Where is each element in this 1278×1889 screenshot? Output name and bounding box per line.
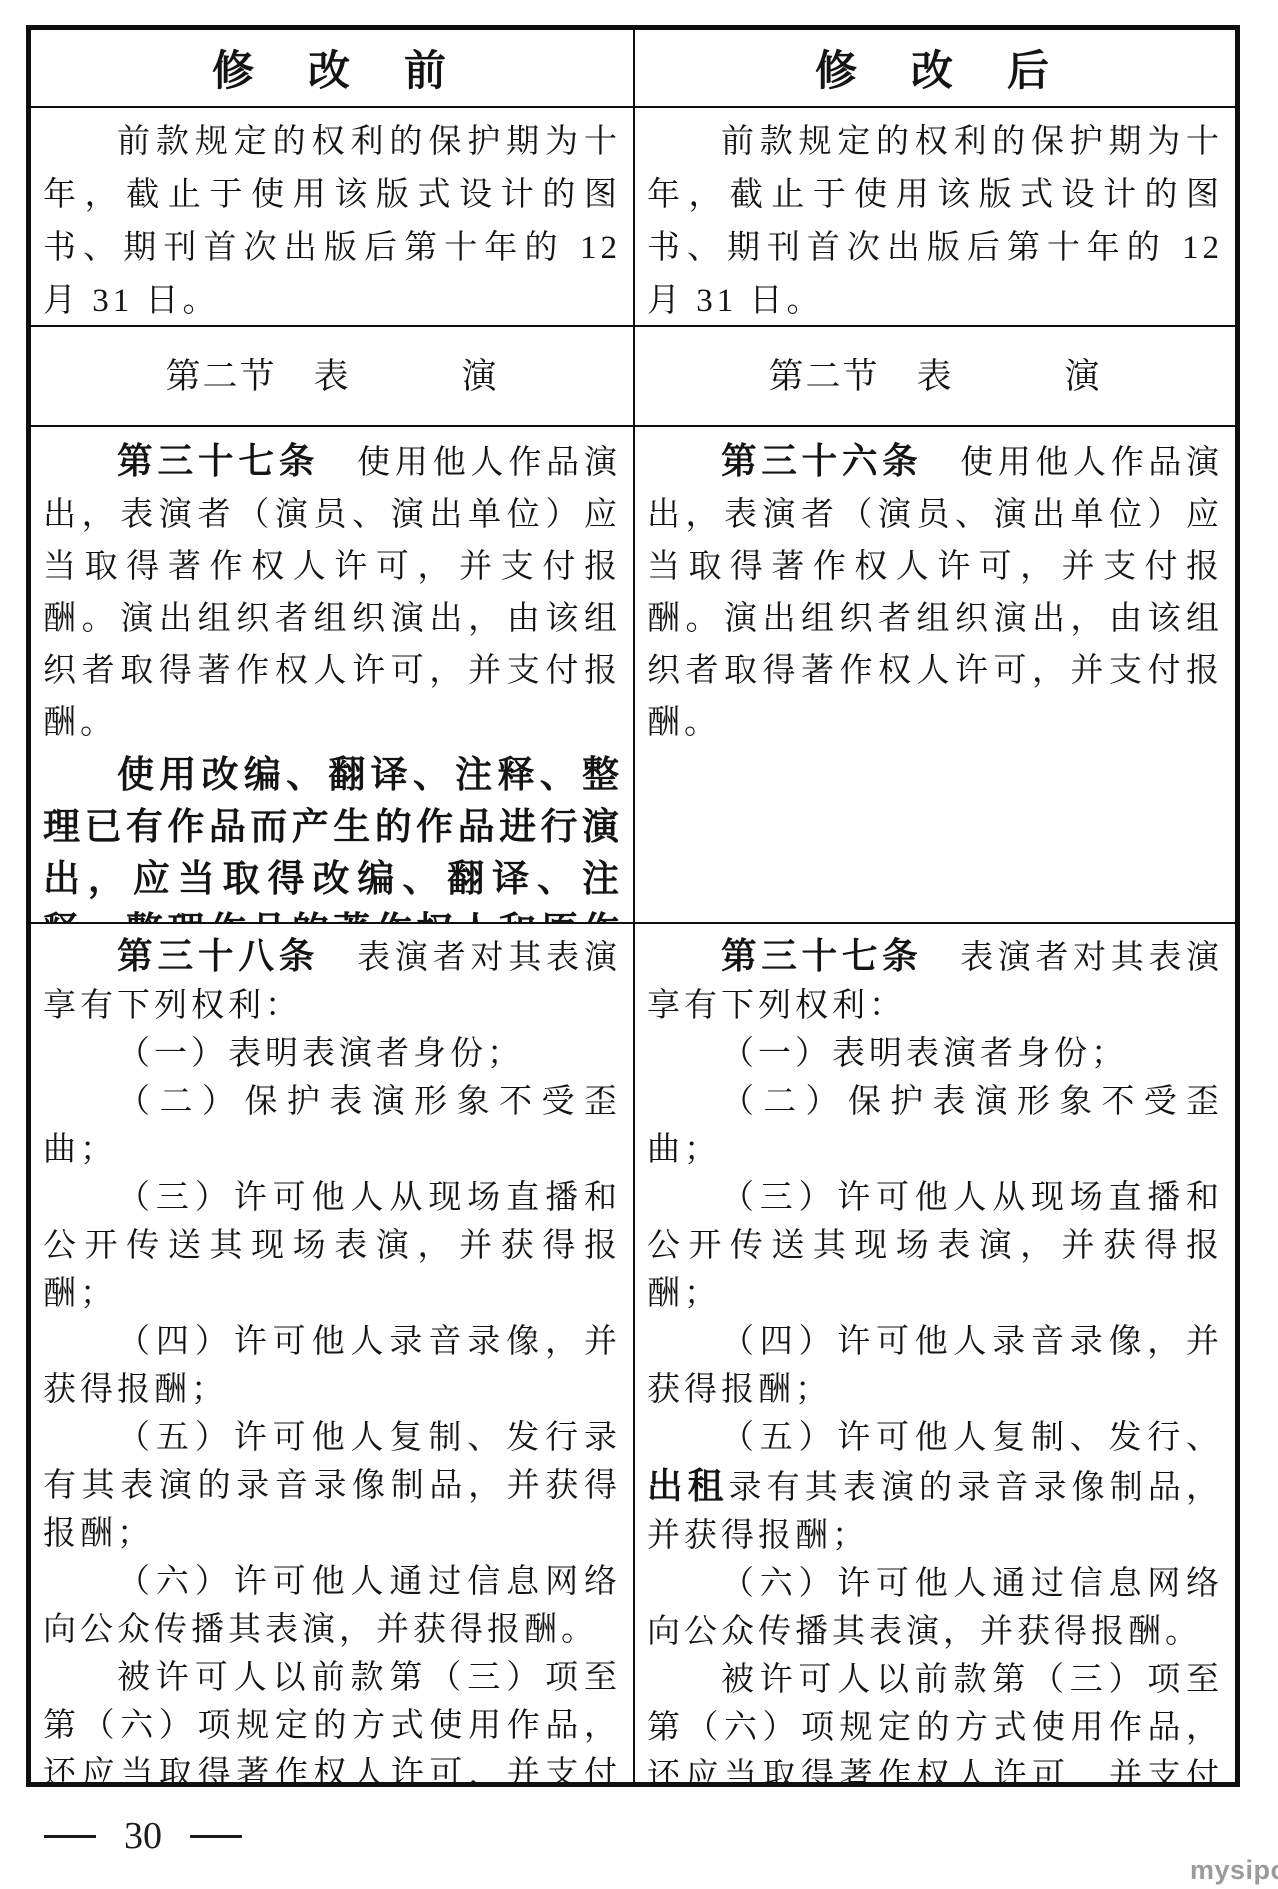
page-number: 30 bbox=[44, 1814, 242, 1858]
paragraph: 第三十八条 表演者对其表演享有下列权利： bbox=[43, 932, 621, 1030]
cell-article-38-vs-37-right: 第三十七条 表演者对其表演享有下列权利：（一）表明表演者身份；（二）保护表演形象… bbox=[633, 924, 1235, 1782]
text-run: （六）许可他人通过信息网络向公众传播其表演，并获得报酬。 bbox=[647, 1566, 1223, 1650]
text-run: 前款规定的权利的保护期为十年，截止于使用该版式设计的图书、期刊首次出版后第十年的… bbox=[647, 124, 1223, 319]
cell-article-38-vs-37-left: 第三十八条 表演者对其表演享有下列权利：（一）表明表演者身份；（二）保护表演形象… bbox=[31, 924, 633, 1782]
paragraph: 前款规定的权利的保护期为十年，截止于使用该版式设计的图书、期刊首次出版后第十年的… bbox=[43, 116, 621, 325]
paragraph: （三）许可他人从现场直播和公开传送其现场表演，并获得报酬； bbox=[647, 1174, 1223, 1318]
text-run: （二）保护表演形象不受歪曲； bbox=[647, 1084, 1223, 1168]
header-cell-before: 修 改 前 bbox=[31, 30, 633, 106]
text-run: （五）许可他人复制、发行、 bbox=[721, 1420, 1223, 1456]
text-run: 被许可人以前款第（三）项至第（六）项规定的方式使用作品，还应当取得著作权人许可，… bbox=[43, 1660, 621, 1782]
page-number-dash-right bbox=[190, 1835, 242, 1838]
paragraph: 被许可人以前款第（三）项至第（六）项规定的方式使用作品，还应当取得著作权人许可，… bbox=[647, 1656, 1223, 1782]
paragraph: （一）表明表演者身份； bbox=[647, 1030, 1223, 1078]
watermark: mysipo.com bbox=[1190, 1855, 1278, 1886]
table-row-article-37-vs-36: 第三十七条 使用他人作品演出，表演者（演员、演出单位）应当取得著作权人许可，并支… bbox=[31, 427, 1235, 924]
scanned-document-page: 修 改 前 修 改 后 前款规定的权利的保护期为十年，截止于使用该版式设计的图书… bbox=[0, 0, 1278, 1889]
text-run: （六）许可他人通过信息网络向公众传播其表演，并获得报酬。 bbox=[43, 1564, 621, 1648]
text-run: （二）保护表演形象不受歪曲； bbox=[43, 1084, 621, 1168]
text-run: 使用他人作品演出，表演者（演员、演出单位）应当取得著作权人许可，并支付报酬。演出… bbox=[43, 445, 621, 741]
text-run: （三）许可他人从现场直播和公开传送其现场表演，并获得报酬； bbox=[647, 1180, 1223, 1312]
comparison-table: 修 改 前 修 改 后 前款规定的权利的保护期为十年，截止于使用该版式设计的图书… bbox=[26, 25, 1240, 1787]
paragraph: （四）许可他人录音录像，并获得报酬； bbox=[43, 1318, 621, 1414]
paragraph: （五）许可他人复制、发行、出租录有其表演的录音录像制品，并获得报酬； bbox=[647, 1414, 1223, 1560]
bold-text-run: 第三十八条 bbox=[117, 936, 319, 976]
paragraph: （六）许可他人通过信息网络向公众传播其表演，并获得报酬。 bbox=[647, 1560, 1223, 1656]
paragraph: （二）保护表演形象不受歪曲； bbox=[647, 1078, 1223, 1174]
cell-protection-period-right: 前款规定的权利的保护期为十年，截止于使用该版式设计的图书、期刊首次出版后第十年的… bbox=[633, 108, 1235, 325]
paragraph: （一）表明表演者身份； bbox=[43, 1030, 621, 1078]
paragraph: （六）许可他人通过信息网络向公众传播其表演，并获得报酬。 bbox=[43, 1558, 621, 1654]
text-run: （四）许可他人录音录像，并获得报酬； bbox=[647, 1324, 1223, 1408]
text-run: （四）许可他人录音录像，并获得报酬； bbox=[43, 1324, 621, 1408]
bold-text-run: 使用改编、翻译、注释、整理已有作品而产生的作品进行演出，应当取得改编、翻译、注释… bbox=[43, 754, 621, 922]
table-row-protection-period: 前款规定的权利的保护期为十年，截止于使用该版式设计的图书、期刊首次出版后第十年的… bbox=[31, 108, 1235, 327]
text-run: 使用他人作品演出，表演者（演员、演出单位）应当取得著作权人许可，并支付报酬。演出… bbox=[647, 445, 1223, 741]
paragraph: （四）许可他人录音录像，并获得报酬； bbox=[647, 1318, 1223, 1414]
text-run: 第二节 表 演 bbox=[165, 357, 498, 396]
text-run: 第二节 表 演 bbox=[768, 357, 1101, 396]
text-run: （一）表明表演者身份； bbox=[721, 1036, 1128, 1072]
bold-text-run: 第三十六条 bbox=[721, 441, 922, 481]
text-run: 被许可人以前款第（三）项至第（六）项规定的方式使用作品，还应当取得著作权人许可，… bbox=[647, 1662, 1223, 1782]
text-run: 录有其表演的录音录像制品，并获得报酬； bbox=[647, 1470, 1223, 1554]
text-run: （五）许可他人复制、发行录有其表演的录音录像制品，并获得报酬； bbox=[43, 1420, 621, 1552]
paragraph: 第二节 表 演 bbox=[768, 359, 1101, 394]
table-header-row: 修 改 前 修 改 后 bbox=[31, 30, 1235, 108]
cell-article-37-vs-36-left: 第三十七条 使用他人作品演出，表演者（演员、演出单位）应当取得著作权人许可，并支… bbox=[31, 427, 633, 922]
paragraph: 第二节 表 演 bbox=[165, 359, 498, 394]
cell-protection-period-left: 前款规定的权利的保护期为十年，截止于使用该版式设计的图书、期刊首次出版后第十年的… bbox=[31, 108, 633, 325]
header-cell-after: 修 改 后 bbox=[633, 30, 1235, 106]
page-number-value: 30 bbox=[124, 1814, 162, 1858]
cell-article-37-vs-36-right: 第三十六条 使用他人作品演出，表演者（演员、演出单位）应当取得著作权人许可，并支… bbox=[633, 427, 1235, 922]
paragraph: （二）保护表演形象不受歪曲； bbox=[43, 1078, 621, 1174]
table-row-article-38-vs-37: 第三十八条 表演者对其表演享有下列权利：（一）表明表演者身份；（二）保护表演形象… bbox=[31, 924, 1235, 1782]
paragraph: 第三十六条 使用他人作品演出，表演者（演员、演出单位）应当取得著作权人许可，并支… bbox=[647, 435, 1223, 749]
paragraph: （五）许可他人复制、发行录有其表演的录音录像制品，并获得报酬； bbox=[43, 1414, 621, 1558]
paragraph: 第三十七条 使用他人作品演出，表演者（演员、演出单位）应当取得著作权人许可，并支… bbox=[43, 435, 621, 749]
table-row-section-2-performance: 第二节 表 演第二节 表 演 bbox=[31, 327, 1235, 427]
paragraph: （三）许可他人从现场直播和公开传送其现场表演，并获得报酬； bbox=[43, 1174, 621, 1318]
paragraph: 前款规定的权利的保护期为十年，截止于使用该版式设计的图书、期刊首次出版后第十年的… bbox=[647, 116, 1223, 325]
cell-section-2-performance-left: 第二节 表 演 bbox=[31, 327, 633, 425]
text-run: （三）许可他人从现场直播和公开传送其现场表演，并获得报酬； bbox=[43, 1180, 621, 1312]
bold-text-run: 出租 bbox=[647, 1466, 729, 1506]
text-run: （一）表明表演者身份； bbox=[117, 1036, 524, 1072]
paragraph: 第三十七条 表演者对其表演享有下列权利： bbox=[647, 932, 1223, 1030]
paragraph: 使用改编、翻译、注释、整理已有作品而产生的作品进行演出，应当取得改编、翻译、注释… bbox=[43, 749, 621, 922]
text-run: 前款规定的权利的保护期为十年，截止于使用该版式设计的图书、期刊首次出版后第十年的… bbox=[43, 124, 621, 319]
cell-section-2-performance-right: 第二节 表 演 bbox=[633, 327, 1235, 425]
bold-text-run: 第三十七条 bbox=[721, 936, 922, 976]
bold-text-run: 第三十七条 bbox=[117, 441, 319, 481]
page-number-dash-left bbox=[44, 1835, 96, 1838]
paragraph: 被许可人以前款第（三）项至第（六）项规定的方式使用作品，还应当取得著作权人许可，… bbox=[43, 1654, 621, 1782]
